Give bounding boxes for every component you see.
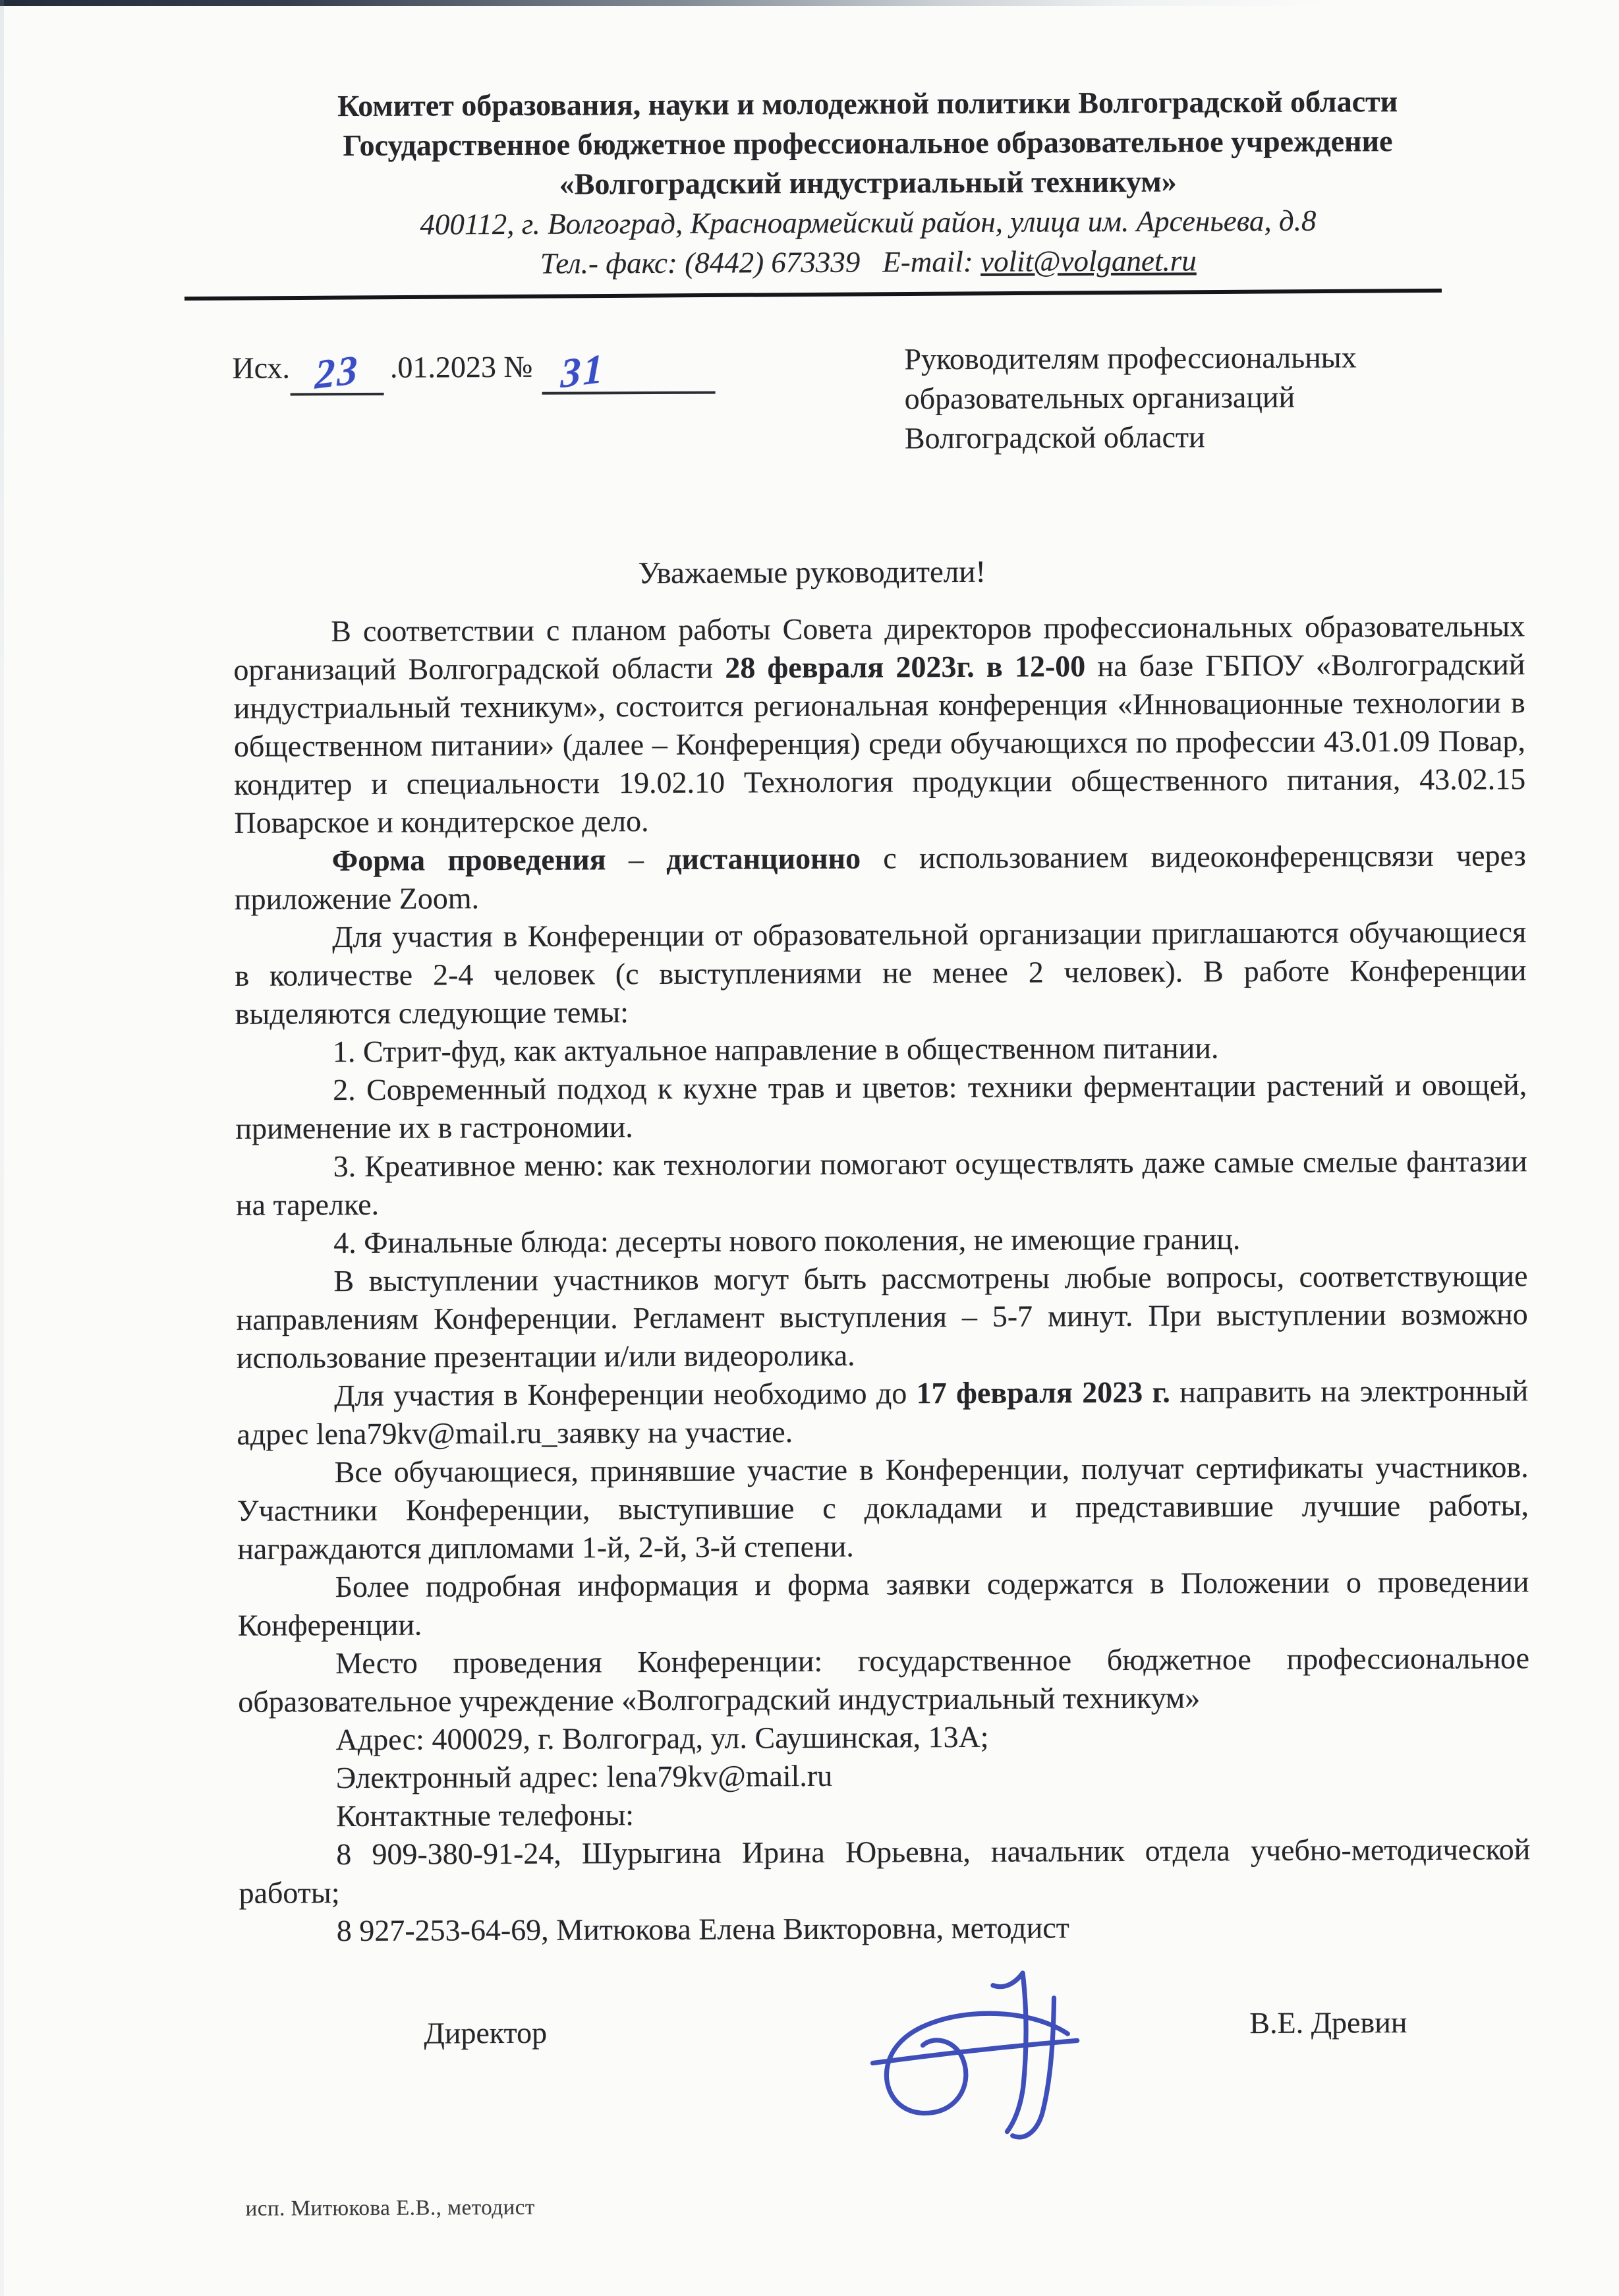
paragraph: 4. Финальные блюда: десерты нового покол… <box>236 1219 1527 1263</box>
signature-autograph <box>852 1960 1096 2166</box>
paragraph: 8 927-253-64-69, Митюкова Елена Викторов… <box>239 1907 1531 1951</box>
phone-fax-text: Тел.- факс: (8442) 673339 <box>540 246 861 280</box>
text-run: Контактные телефоны: <box>336 1798 634 1833</box>
org-name-line: «Волгоградский индустриальный техникум» <box>231 160 1504 205</box>
bold-text-run: 28 февраля 2023г. в 12-00 <box>725 649 1085 684</box>
text-run: 2. Современный подход к кухне трав и цве… <box>235 1068 1527 1145</box>
text-run: Все обучающиеся, принявшие участие в Кон… <box>237 1450 1529 1566</box>
org-contacts-line: Тел.- факс: (8442) 673339E-mail: volit@v… <box>232 239 1505 284</box>
scanned-letter-page: Комитет образования, науки и молодежной … <box>0 0 1619 2296</box>
addressee-line: Волгоградской области <box>905 416 1392 458</box>
text-run: 1. Стрит-фуд, как актуальное направление… <box>333 1031 1219 1068</box>
paragraph: 3. Креативное меню: как технологии помог… <box>236 1142 1527 1224</box>
signer-name: В.Е. Древин <box>1249 2005 1407 2040</box>
paragraph: Адрес: 400029, г. Волгоград, ул. Саушинс… <box>238 1715 1529 1760</box>
salutation: Уважаемые руководители! <box>3 550 1619 596</box>
reference-number-blank: 31 <box>542 353 715 395</box>
org-type-line: Государственное бюджетное профессиональн… <box>231 121 1504 165</box>
text-run: Адрес: 400029, г. Волгоград, ул. Саушинс… <box>335 1720 988 1756</box>
bold-text-run: 17 февраля 2023 г. <box>917 1375 1170 1410</box>
email-label: E-mail: <box>882 245 973 279</box>
handwritten-number: 31 <box>560 348 605 395</box>
signature-block: Директор В.Е. Древин <box>239 2000 1513 2170</box>
addressee-line: образовательных организаций <box>905 377 1392 418</box>
text-run: 8 909-380-91-24, Шурыгина Ирина Юрьевна,… <box>239 1832 1530 1910</box>
text-run: 8 927-253-64-69, Митюкова Елена Викторов… <box>337 1910 1069 1947</box>
signer-position: Директор <box>424 2015 547 2051</box>
reference-and-addressee-section: Исх.23.01.2023 №31 Руководителям професс… <box>1 341 1619 521</box>
letterhead: Комитет образования, науки и молодежной … <box>231 81 1505 284</box>
paragraph: В соответствии с планом работы Совета ди… <box>233 607 1525 842</box>
paragraph: Все обучающиеся, принявшие участие в Кон… <box>237 1448 1529 1568</box>
bold-text-run: Форма проведения <box>332 842 606 877</box>
paragraph: Для участия в Конференции от образовател… <box>235 913 1527 1033</box>
addressee-line: Руководителям профессиональных <box>904 337 1392 379</box>
executor-note: исп. Митюкова Е.В., методист <box>246 2191 1619 2222</box>
paragraph: Место проведения Конференции: государств… <box>238 1639 1529 1721</box>
letterhead-divider-rule <box>185 289 1442 301</box>
addressee-block: Руководителям профессиональных образоват… <box>904 337 1392 458</box>
text-run: 4. Финальные блюда: десерты нового покол… <box>333 1222 1240 1259</box>
paragraph: 8 909-380-91-24, Шурыгина Ирина Юрьевна,… <box>239 1830 1530 1912</box>
text-run: Более подробная информация и форма заявк… <box>238 1564 1529 1642</box>
text-run: Для участия в Конференции от образовател… <box>235 915 1526 1031</box>
org-authority-line: Комитет образования, науки и молодежной … <box>231 81 1504 126</box>
reference-date-number-label: .01.2023 № <box>390 350 533 384</box>
paragraph: 2. Современный подход к кухне трав и цве… <box>235 1066 1527 1148</box>
paragraph: В выступлении участников могут быть расс… <box>236 1257 1528 1377</box>
letter-body: В соответствии с планом работы Совета ди… <box>233 607 1531 1951</box>
paragraph: Электронный адрес: lena79kv@mail.ru <box>239 1754 1530 1798</box>
paragraph: 1. Стрит-фуд, как актуальное направление… <box>235 1027 1527 1072</box>
text-run: В выступлении участников могут быть расс… <box>237 1259 1528 1375</box>
paragraph: Форма проведения – дистанционно с исполь… <box>235 836 1526 919</box>
paragraph: Контактные телефоны: <box>239 1792 1530 1836</box>
outgoing-reference-line: Исх.23.01.2023 №31 <box>232 349 715 396</box>
text-run: Место проведения Конференции: государств… <box>238 1641 1529 1719</box>
text-run: Для участия в Конференции необходимо до <box>334 1376 917 1412</box>
letter-content: Комитет образования, науки и молодежной … <box>0 0 1619 2222</box>
reference-day-blank: 23 <box>290 355 383 396</box>
text-run: Электронный адрес: lena79kv@mail.ru <box>336 1759 833 1794</box>
text-run: – <box>606 842 666 876</box>
email-address: volit@volganet.ru <box>980 244 1197 277</box>
text-run: 3. Креативное меню: как технологии помог… <box>236 1144 1527 1222</box>
handwritten-day: 23 <box>314 349 359 396</box>
paragraph: Для участия в Конференции необходимо до … <box>237 1371 1528 1454</box>
reference-prefix: Исх. <box>232 351 290 384</box>
paragraph: Более подробная информация и форма заявк… <box>237 1563 1529 1645</box>
bold-text-run: дистанционно <box>666 842 861 876</box>
org-postal-address: 400112, г. Волгоград, Красноармейский ра… <box>231 200 1504 244</box>
